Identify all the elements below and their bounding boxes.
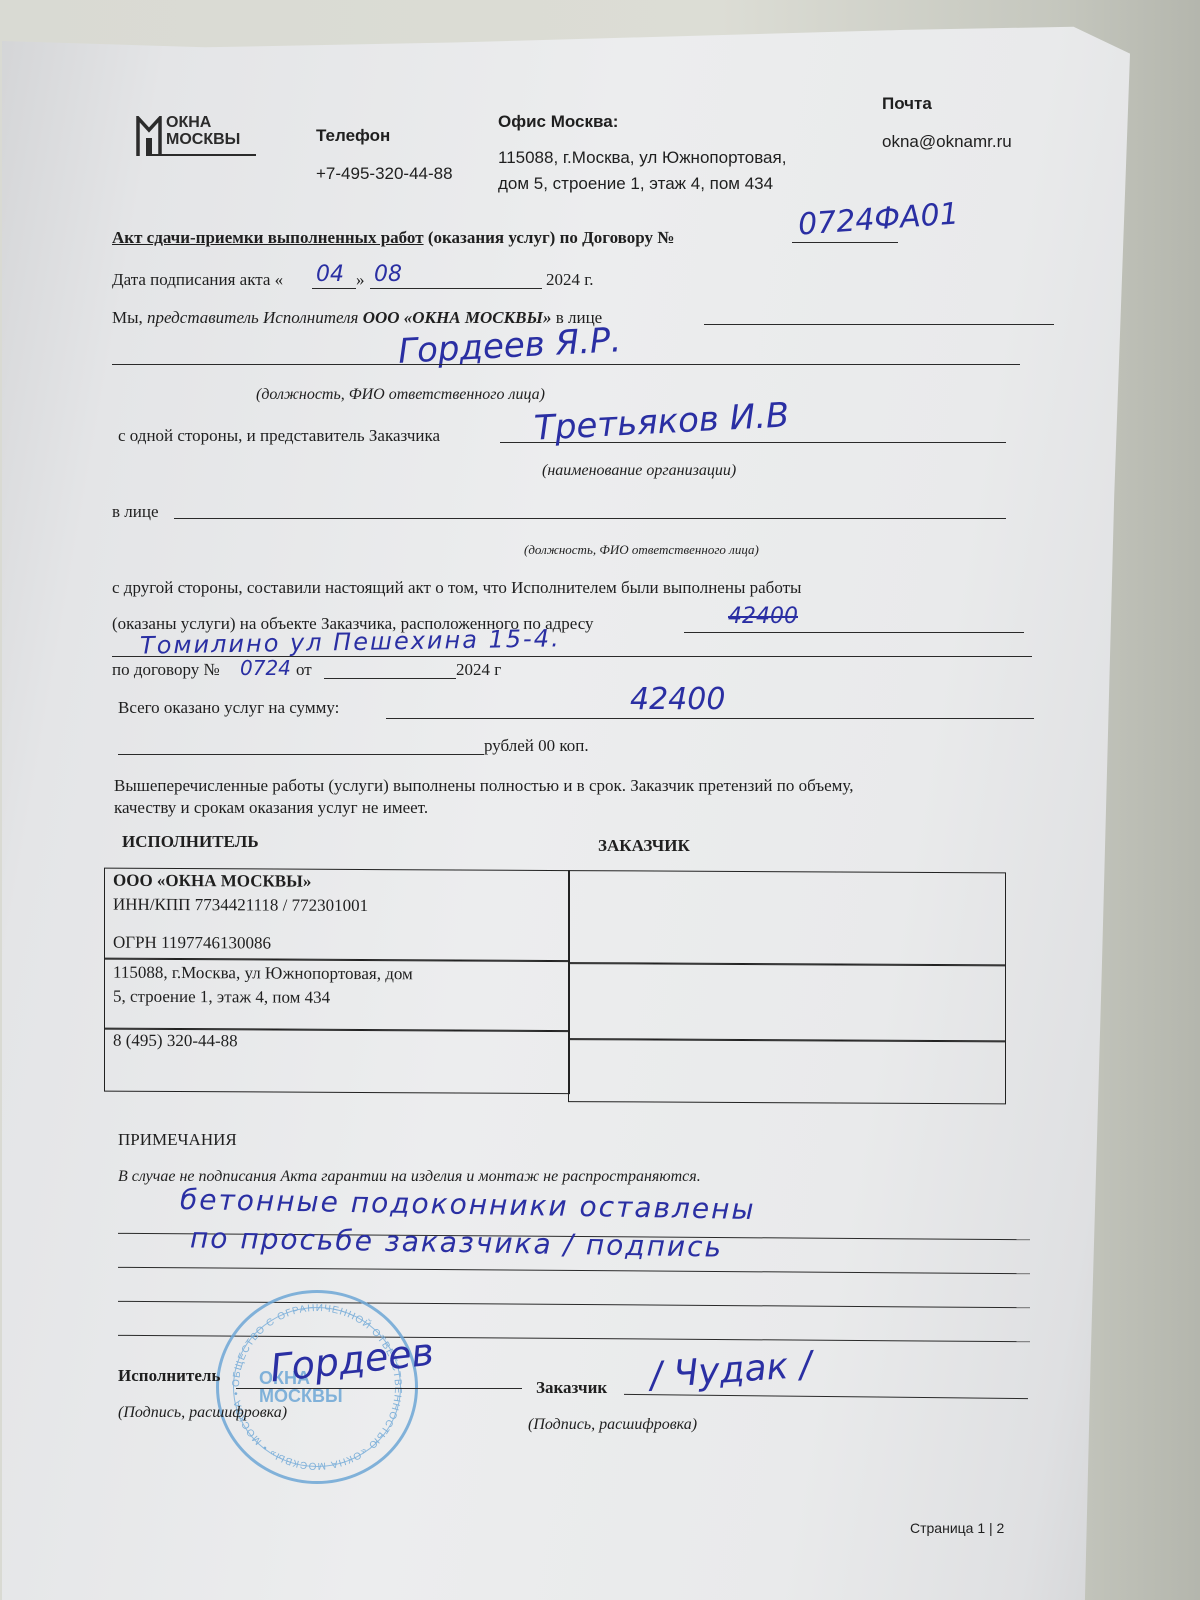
- contract-ref-year: 2024 г: [456, 660, 501, 680]
- notes-heading: ПРИМЕЧАНИЯ: [118, 1130, 237, 1150]
- address-struck-handwritten: 42400: [728, 604, 798, 629]
- act-title-main: Акт сдачи-приемки выполненных работ: [112, 228, 424, 247]
- phone-value: +7-495-320-44-88: [316, 164, 453, 184]
- executor-address-line2: 5, строение 1, этаж 4, пом 434: [113, 987, 330, 1008]
- contract-ref-handwritten: 0724: [240, 656, 291, 680]
- contract-ref-from: от: [296, 660, 312, 680]
- customer-heading: ЗАКАЗЧИК: [598, 836, 690, 856]
- customer-cell-address: [568, 962, 1006, 1042]
- email-label: Почта: [882, 94, 932, 114]
- in-person-label: в лице: [112, 502, 159, 522]
- date-day-handwritten: 04: [316, 262, 344, 287]
- contract-ref-label: по договору №: [112, 660, 220, 680]
- email-value: okna@oknamr.ru: [882, 132, 1012, 152]
- office-address-line1: 115088, г.Москва, ул Южнопортовая,: [498, 148, 786, 168]
- office-address-line2: дом 5, строение 1, этаж 4, пом 434: [498, 174, 773, 194]
- executor-rep-caption: (должность, ФИО ответственного лица): [256, 386, 545, 404]
- completion-line1: Вышеперечисленные работы (услуги) выполн…: [114, 776, 853, 796]
- customer-sign-label: Заказчик: [536, 1378, 607, 1398]
- act-title: Акт сдачи-приемки выполненных работ (ока…: [112, 228, 674, 248]
- completion-line2: качеству и срокам оказания услуг не имее…: [114, 798, 428, 818]
- act-title-rest: (оказания услуг) по Договору №: [424, 228, 675, 247]
- in-person-caption: (должность, ФИО ответственного лица): [524, 542, 759, 558]
- company-logo: ОКНА МОСКВЫ: [136, 114, 260, 160]
- we-company: ООО «ОКНА МОСКВЫ»: [363, 308, 552, 327]
- office-label: Офис Москва:: [498, 112, 618, 132]
- stamp-line2: МОСКВЫ: [259, 1387, 343, 1405]
- total-label: Всего оказано услуг на сумму:: [118, 698, 339, 718]
- executor-phone: 8 (495) 320-44-88: [113, 1031, 238, 1052]
- executor-cell-address: 115088, г.Москва, ул Южнопортовая, дом 5…: [104, 958, 570, 1032]
- logo-line2: МОСКВЫ: [166, 131, 240, 148]
- phone-label: Телефон: [316, 126, 390, 146]
- page-number: Страница 1 | 2: [910, 1520, 1004, 1536]
- logo-line1: ОКНА: [166, 114, 240, 131]
- date-year: 2024 г.: [546, 270, 594, 290]
- date-mid: »: [356, 270, 365, 290]
- date-month-handwritten: 08: [374, 262, 402, 287]
- customer-caption: (наименование организации): [542, 462, 736, 480]
- customer-intro: с одной стороны, и представитель Заказчи…: [118, 426, 440, 446]
- executor-cell-phone: 8 (495) 320-44-88: [104, 1028, 570, 1094]
- parties-table: ООО «ОКНА МОСКВЫ» ИНН/КПП 7734421118 / 7…: [104, 868, 1006, 1107]
- we-italic: представитель Исполнителя: [147, 308, 363, 327]
- customer-sign-caption: (Подпись, расшифровка): [528, 1416, 697, 1434]
- executor-sign-caption: (Подпись, расшифровка): [118, 1404, 287, 1422]
- executor-heading: ИСПОЛНИТЕЛЬ: [122, 832, 259, 852]
- we-prefix: Мы,: [112, 308, 147, 327]
- customer-cell-phone: [568, 1038, 1006, 1104]
- executor-inn-kpp: ИНН/КПП 7734421118 / 772301001: [113, 895, 368, 916]
- total-handwritten: 42400: [630, 682, 725, 717]
- company-stamp: ОБЩЕСТВО С ОГРАНИЧЕННОЙ ОТВЕТСТВЕННОСТЬЮ…: [216, 1290, 418, 1484]
- statement-line1: с другой стороны, составили настоящий ак…: [112, 578, 801, 598]
- logo-m-icon: [136, 116, 162, 156]
- executor-address-line1: 115088, г.Москва, ул Южнопортовая, дом: [113, 963, 413, 985]
- rubles-label: рублей 00 коп.: [484, 736, 589, 756]
- executor-ogrn: ОГРН 1197746130086: [113, 933, 271, 954]
- date-label: Дата подписания акта «: [112, 270, 283, 290]
- executor-sign-label: Исполнитель: [118, 1366, 220, 1386]
- customer-cell-company: [568, 870, 1006, 966]
- executor-company-name: ООО «ОКНА МОСКВЫ»: [113, 871, 311, 892]
- executor-cell-company: ООО «ОКНА МОСКВЫ» ИНН/КПП 7734421118 / 7…: [104, 868, 570, 962]
